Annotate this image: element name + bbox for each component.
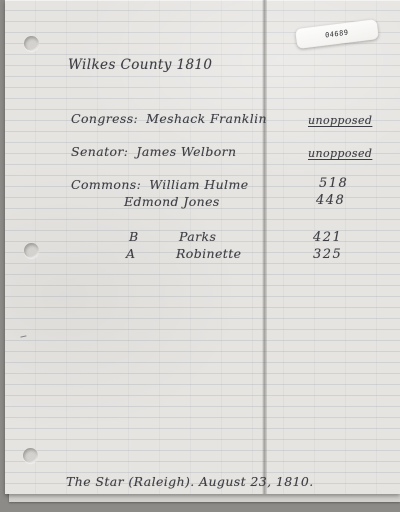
entry-office: Commons: (71, 177, 141, 192)
entry-votes: 448 (316, 193, 345, 208)
entry-votes: 518 (319, 176, 348, 191)
entry-senator: Senator:James Welborn (71, 144, 237, 159)
entry-votes: 421 (313, 230, 342, 245)
ledger-paper: 04689 Wilkes County 1810 Congress:Meshac… (5, 0, 400, 494)
entry-candidate: Edmond Jones (124, 194, 220, 209)
entry-result: unopposed (308, 147, 372, 160)
punch-hole-middle (24, 243, 39, 258)
entry-commons-1: Commons:William Hulme (71, 177, 249, 192)
entry-commons-2: Edmond Jones (124, 194, 220, 209)
page-crease (262, 0, 267, 494)
page-title: Wilkes County 1810 (68, 57, 212, 73)
catalog-sticker: 04689 (295, 19, 379, 49)
stray-pen-mark (20, 331, 27, 337)
entry-votes: 325 (313, 247, 342, 262)
punch-hole-bottom (23, 448, 38, 463)
scanned-document-page: 04689 Wilkes County 1810 Congress:Meshac… (0, 0, 400, 512)
entry-candidate: James Welborn (136, 144, 236, 159)
entry-candidate: Meshack Franklin (146, 111, 267, 126)
entry-result: unopposed (308, 114, 372, 127)
entry-office: Congress: (71, 111, 138, 126)
entry-candidate: Parks (179, 229, 216, 244)
catalog-number: 04689 (325, 29, 349, 40)
source-citation: The Star (Raleigh). August 23, 1810. (66, 474, 314, 489)
entry-office: Senator: (71, 144, 128, 159)
entry-candidate: William Hulme (149, 177, 248, 192)
punch-hole-top (24, 36, 39, 51)
entry-candidate: Robinette (176, 246, 241, 261)
entry-initial: B (129, 229, 139, 244)
entry-initial: A (126, 246, 135, 261)
entry-congress: Congress:Meshack Franklin (71, 111, 267, 126)
